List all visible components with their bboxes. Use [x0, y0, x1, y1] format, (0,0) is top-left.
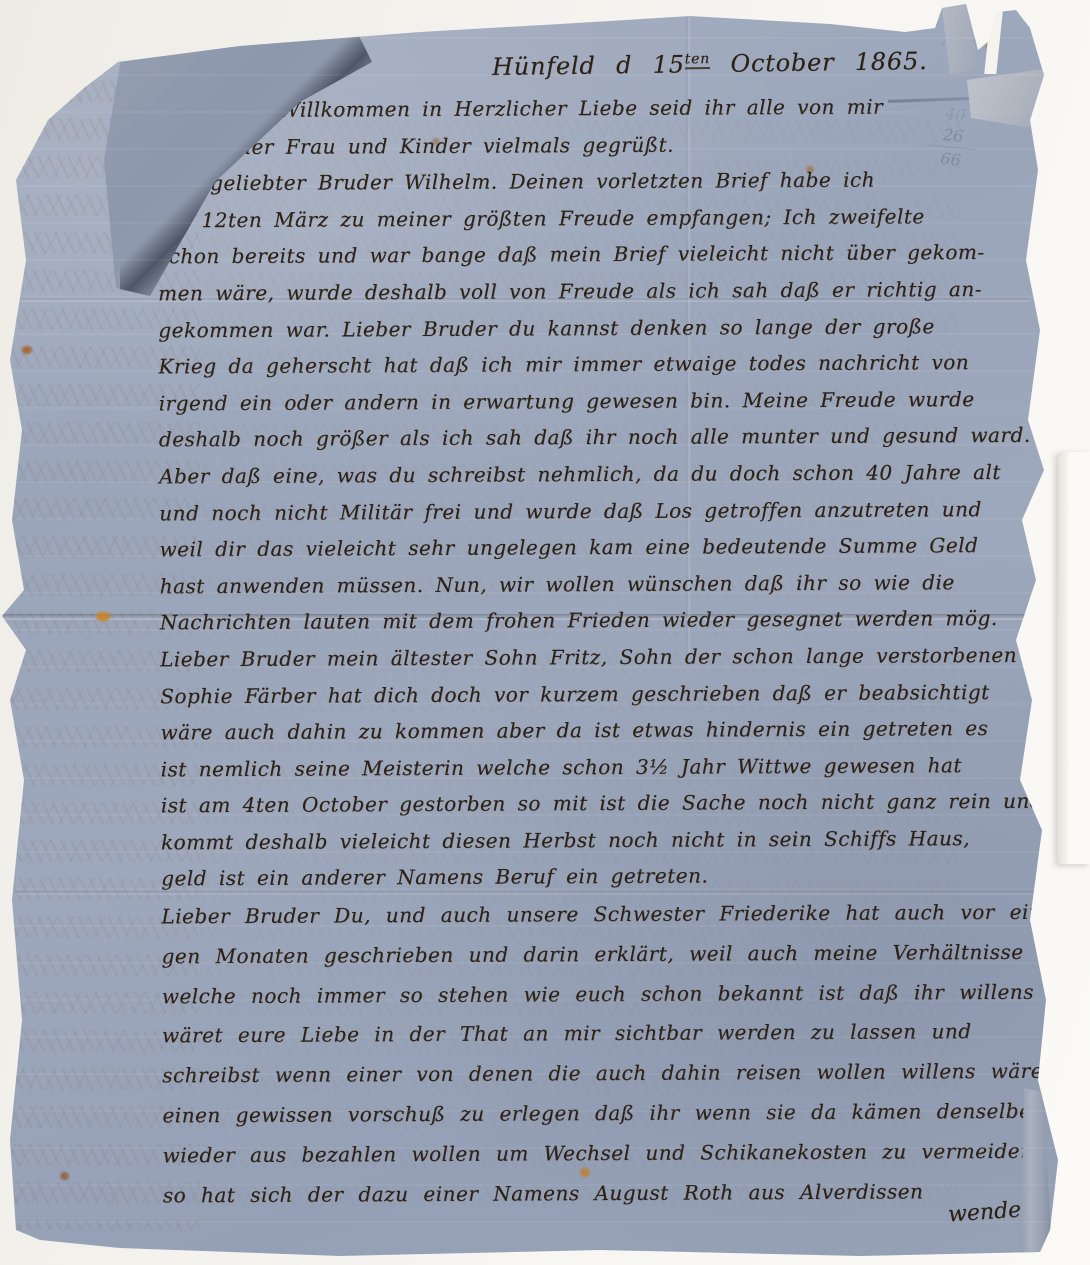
catchword: wende	[947, 1197, 1022, 1227]
letter-line: schon bereits und war bange daß mein Bri…	[158, 234, 1058, 275]
letter-line: gekommen war. Lieber Bruder du kannst de…	[158, 307, 1058, 348]
letter-line: kommt deshalb vieleicht diesen Herbst no…	[161, 820, 1061, 861]
letter-line: am 12ten März zu meiner größten Freude e…	[158, 197, 1058, 238]
fold-facet	[965, 68, 1055, 133]
rust-stain	[22, 346, 32, 354]
letter-line: irgend ein oder andern in erwartung gewe…	[159, 380, 1059, 421]
letter-line: deshalb noch größer als ich sah daß ihr …	[159, 417, 1059, 458]
letter-line: geld ist ein anderer Namens Beruf ein ge…	[161, 856, 1061, 897]
letter-line: Viel geliebter Bruder Wilhelm. Deinen vo…	[157, 161, 1057, 202]
letter-line: Nachrichten lauten mit dem frohen Friede…	[160, 600, 1060, 641]
dateline-month-year: October 1865.	[710, 47, 928, 78]
dateline: Hünfeld d 15ten October 1865.	[492, 47, 928, 81]
rust-stain	[612, 6, 621, 13]
letter-paragraph: Lieber Bruder Du, und auch unsere Schwes…	[161, 893, 1063, 1216]
letter-line: so hat sich der dazu einer Namens August…	[163, 1171, 1063, 1216]
letter-line: weil dir das vieleicht sehr ungelegen ka…	[159, 527, 1059, 568]
letter-line: Lieber Bruder mein ältester Sohn Fritz, …	[160, 637, 1060, 678]
letter-line: ist nemlich seine Meisterin welche schon…	[161, 746, 1061, 787]
letter-line: ist am 4ten October gestorben so mit ist…	[161, 783, 1061, 824]
letter-line: schreibst wenn einer von denen die auch …	[162, 1052, 1062, 1097]
letter-line: wäret eure Liebe in der That an mir sich…	[162, 1012, 1062, 1057]
fold-facet	[938, 4, 988, 79]
letter-line: welche noch immer so stehen wie euch sch…	[162, 972, 1062, 1017]
letter-line: Sophie Färber hat dich doch vor kurzem g…	[160, 673, 1060, 714]
rust-stain	[96, 612, 110, 621]
letter-line: wieder aus bezahlen wollen um Wechsel un…	[163, 1131, 1063, 1176]
letter-line: hast anwenden müssen. Nun, wir wollen wü…	[160, 563, 1060, 604]
letter-line: einen gewissen vorschuß zu erlegen daß i…	[162, 1092, 1062, 1137]
rust-stain	[60, 1172, 69, 1180]
letter-line: Krieg da geherscht hat daß ich mir immer…	[158, 344, 1058, 385]
letter-line: und noch nicht Militär frei und wurde da…	[159, 490, 1059, 531]
background-card-strip	[1058, 452, 1090, 864]
dateline-ordinal: ten	[685, 51, 711, 69]
letter-body: Willkommen in Herzlicher Liebe seid ihr …	[157, 88, 1063, 1216]
letter-line: Lieber Bruder Du, und auch unsere Schwes…	[161, 893, 1061, 938]
letter-line: Aber daß eine, was du schreibst nehmlich…	[159, 454, 1059, 495]
letter-line: men wäre, wurde deshalb voll von Freude …	[158, 271, 1058, 312]
folded-corner-top-right	[930, 0, 1090, 160]
letter-line: wäre auch dahin zu kommen aber da ist et…	[160, 710, 1060, 751]
photo-background: Hünfeld d 15ten October 1865. Willkommen…	[0, 0, 1090, 1265]
dateline-place-day: Hünfeld d 15	[492, 50, 685, 81]
tear-slit	[984, 2, 1004, 74]
letter-sheet: Hünfeld d 15ten October 1865. Willkommen…	[0, 0, 1090, 1265]
letter-line: gen Monaten geschrieben und darin erklär…	[161, 932, 1061, 977]
